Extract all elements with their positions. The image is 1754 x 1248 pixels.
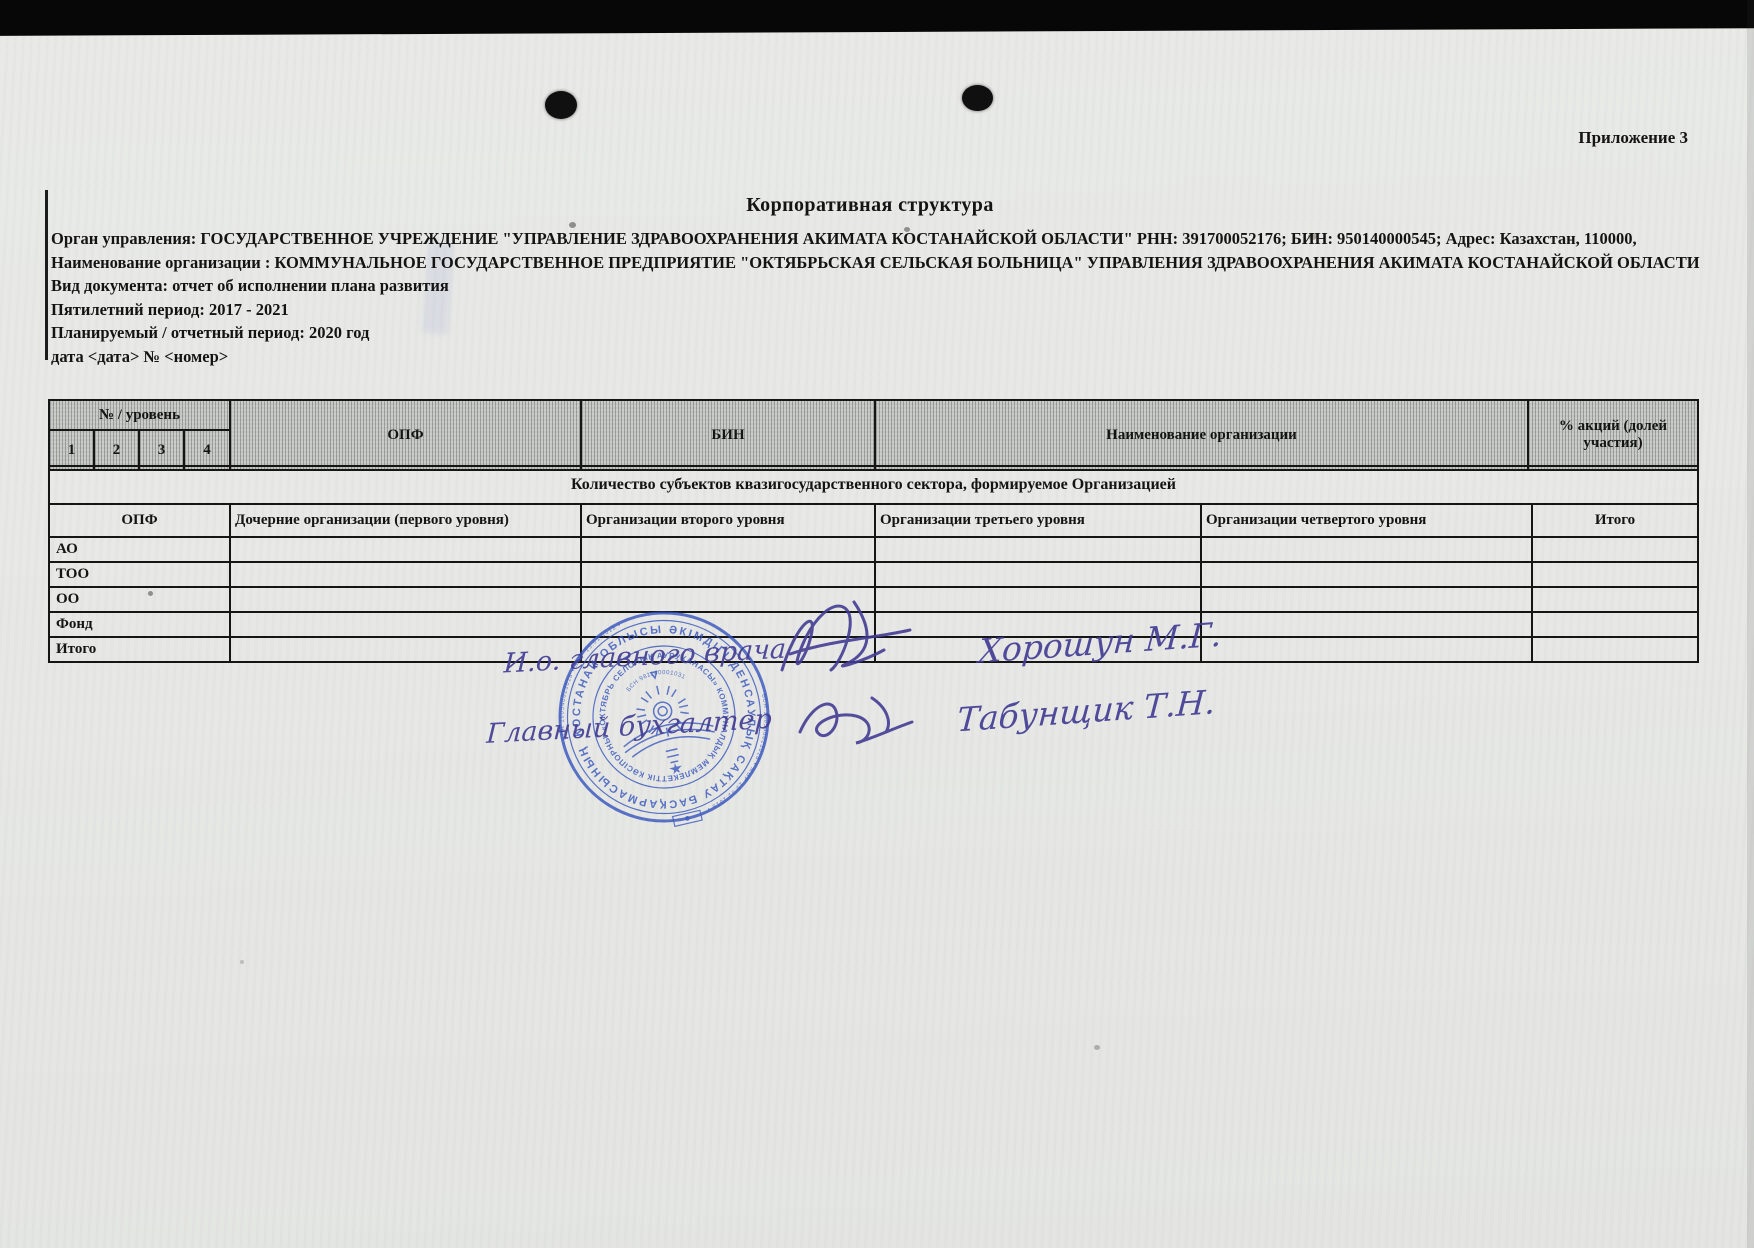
col-fourth-level: Организации четвертого уровня [1201,504,1532,537]
empty-cell [581,537,875,562]
info-line-five-year: Пятилетний период: 2017 - 2021 [51,298,1696,322]
row-label: Фонд [49,612,230,637]
info-line-doc-type: Вид документа: отчет об исполнении плана… [51,274,1696,298]
empty-cell [230,537,581,562]
level-2-cell: 2 [94,430,139,470]
signature-flourish-2 [800,698,912,743]
row-label: ТОО [49,562,230,587]
section-title: Количество субъектов квазигосударственно… [49,466,1698,504]
header-share-percent: % акций (долей участия) [1528,400,1698,470]
scan-speck [240,960,244,964]
empty-cell [1201,562,1532,587]
info-line-date-number: дата <дата> № <номер> [51,345,1696,369]
hole-punch-left [545,91,577,119]
info-line-organ: Орган управления: ГОСУДАРСТВЕННОЕ УЧРЕЖД… [51,227,1696,251]
info-line-org-name: Наименование организации : КОММУНАЛЬНОЕ … [51,251,1696,275]
row-label: ОО [49,587,230,612]
level-4-cell: 4 [184,430,230,470]
scanned-document-page: Приложение 3 Корпоративная структура Орг… [0,0,1754,1248]
col-third-level: Организации третьего уровня [875,504,1201,537]
level-3-cell: 3 [139,430,184,470]
header-org-name: Наименование организации [875,400,1528,470]
header-bin: БИН [581,400,875,470]
scan-right-edge-shadow [1747,0,1754,1248]
level-1-cell: 1 [49,430,94,470]
empty-cell [1532,562,1698,587]
empty-cell [875,537,1201,562]
signature-flourish-1 [782,602,910,670]
handwritten-name-1: Хорошун М.Г. [974,615,1223,671]
table-row: Количество субъектов квазигосударственно… [49,466,1698,504]
table-header-row: ОПФ Дочерние организации (первого уровня… [49,504,1698,537]
empty-cell [1532,612,1698,637]
corporate-structure-table: № / уровень ОПФ БИН Наименование организ… [48,399,1699,471]
scan-speck [1094,1045,1100,1050]
table-row: № / уровень ОПФ БИН Наименование организ… [49,400,1698,430]
info-line-period: Планируемый / отчетный период: 2020 год [51,321,1696,345]
empty-cell [1532,637,1698,662]
table-row-ao: АО [49,537,1698,562]
handwritten-name-2: Табунщик Т.Н. [956,682,1217,739]
signature-block: И.о. главного врача Хорошун М.Г. Главный… [440,590,1270,805]
empty-cell [1532,537,1698,562]
handwritten-role-1: И.о. главного врача [502,634,787,680]
handwritten-role-2: Главный бухгалтер [485,704,773,750]
empty-cell [1532,587,1698,612]
row-label: АО [49,537,230,562]
document-header-info: Орган управления: ГОСУДАРСТВЕННОЕ УЧРЕЖД… [51,227,1696,369]
col-first-level: Дочерние организации (первого уровня) [230,504,581,537]
empty-cell [1201,537,1532,562]
col-second-level: Организации второго уровня [581,504,875,537]
empty-cell [230,562,581,587]
row-label: Итого [49,637,230,662]
empty-cell [875,562,1201,587]
col-opf: ОПФ [49,504,230,537]
scan-top-edge-artifact [0,0,1754,36]
appendix-label: Приложение 3 [1578,128,1688,148]
hole-punch-right [962,85,993,111]
header-level: № / уровень [49,400,230,430]
table-row-too: ТОО [49,562,1698,587]
header-opf: ОПФ [230,400,581,470]
col-total: Итого [1532,504,1698,537]
page-title: Корпоративная структура [0,194,1740,217]
